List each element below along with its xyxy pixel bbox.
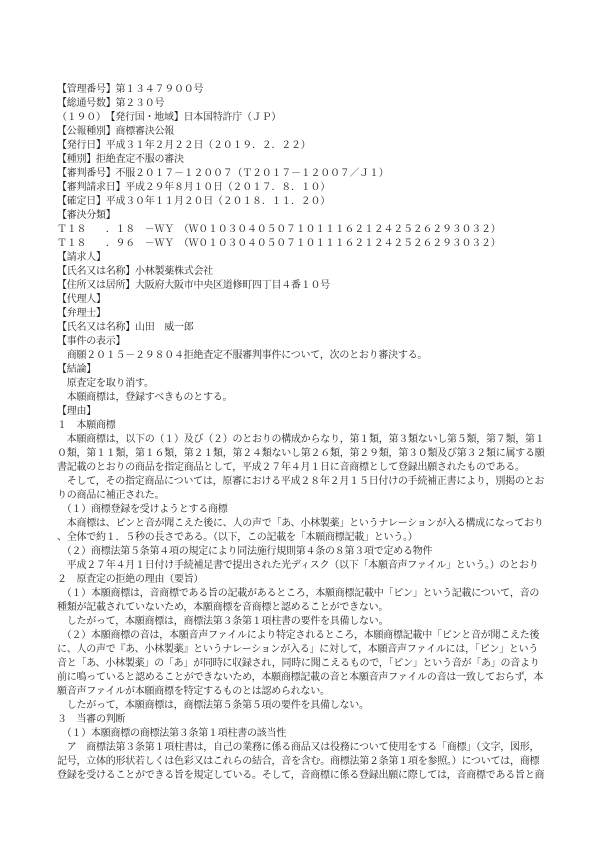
document-line: 種類が記載されていないため，本願商標を音商標と認めることができない。 (57, 601, 547, 615)
document-line: 音と「あ、小林製薬」の「あ」が同時に収録され，同時に聞こえるもので，「ピン」とい… (57, 657, 547, 671)
document-line: 【審決分類】 (57, 209, 547, 223)
document-line: 【管理番号】第１３４７９００号 (57, 83, 547, 97)
document-line: 本商標は、ピンと音が聞こえた後に、人の声で「あ、小林製薬」というナレーションが入… (57, 517, 547, 531)
document-line: 【審判請求日】平成２９年８月１０日（２０１７．８．１０） (57, 181, 547, 195)
document-line: （１）本願商標は，音商標である旨の記載があるところ，本願商標記載中「ピン」という… (57, 587, 547, 601)
document-line: 原査定を取り消す。 (57, 377, 547, 391)
document-line: ２ 原査定の拒絶の理由（要旨） (57, 573, 547, 587)
document-line: 【住所又は居所】大阪府大阪市中央区道修町四丁目４番１０号 (57, 279, 547, 293)
document-line: （２）商標法第５条第４項の規定により同法施行規則第４条の８第３項で定める物件 (57, 545, 547, 559)
document-line: したがって，本願商標は，商標法第５条第５項の要件を具備しない。 (57, 699, 547, 713)
document-line: 【審判番号】不服２０１７－１２００７（Ｔ２０１７－１２００７／Ｊ１） (57, 167, 547, 181)
document-line: 平成２７年４月１日付け手続補足書で提出された光ディスク（以下「本願音声ファイル」… (57, 559, 547, 573)
document-line: （１）本願商標の商標法第３条第１項柱書の該当性 (57, 727, 547, 741)
document-line: 商願２０１５－２９８０４拒絶査定不服審判事件について，次のとおり審決する。 (57, 349, 547, 363)
document-line: 書記載のとおりの商品を指定商品として，平成２７年４月１日に音商標として登録出願さ… (57, 461, 547, 475)
document-line: 記号，立体的形状若しくは色彩又はこれらの結合，音を含む。商標法第２条第１項を参照… (57, 755, 547, 769)
document-line: 【公報種別】商標審決公報 (57, 125, 547, 139)
document-line: 【氏名又は名称】山田 威一郎 (57, 321, 547, 335)
document-line: 【種別】拒絶査定不服の審決 (57, 153, 547, 167)
document-line: したがって，本願商標は，商標法第３条第１項柱書の要件を具備しない。 (57, 615, 547, 629)
document-line: そして，その指定商品については，原審における平成２８年２月１５日付けの手続補正書… (57, 475, 547, 489)
document-body: 【管理番号】第１３４７９００号【総通号数】第２３０号（１９０） 【発行国・地域】… (57, 83, 547, 783)
document-line: 【理由】 (57, 405, 547, 419)
document-line: 【結論】 (57, 363, 547, 377)
document-line: 【総通号数】第２３０号 (57, 97, 547, 111)
document-line: 【弁理士】 (57, 307, 547, 321)
document-line: 前に鳴っていると認めることができないため，本願商標記載の音と本願音声ファイルの音… (57, 671, 547, 685)
gazette-page: 【管理番号】第１３４７９００号【総通号数】第２３０号（１９０） 【発行国・地域】… (0, 0, 600, 849)
document-line: Ｔ１８ ．１８ －ＷＹ （Ｗ０１０３０４０５０７１０１１１６２１２４２５２６２９… (57, 223, 547, 237)
document-line: 願音声ファイルが本願商標を特定するものとは認められない。 (57, 685, 547, 699)
document-line: 【氏名又は名称】小林製薬株式会社 (57, 265, 547, 279)
document-line: りの商品に補正された。 (57, 489, 547, 503)
document-line: 登録を受けることができる旨を規定している。そして，音商標に係る登録出願に際しては… (57, 769, 547, 783)
document-line: 本願商標は，登録すべきものとする。 (57, 391, 547, 405)
document-line: 【請求人】 (57, 251, 547, 265)
document-line: １ 本願商標 (57, 419, 547, 433)
document-line: 【発行日】平成３１年２月２２日（２０１９．２．２２） (57, 139, 547, 153)
document-line: ３ 当審の判断 (57, 713, 547, 727)
document-line: 【代理人】 (57, 293, 547, 307)
document-line: Ｔ１８ ．９６ －ＷＹ （Ｗ０１０３０４０５０７１０１１１６２１２４２５２６２９… (57, 237, 547, 251)
document-line: 本願商標は，以下の（１）及び（２）のとおりの構成からなり，第１類，第３類ないし第… (57, 433, 547, 447)
document-line: に、人の声で『あ、小林製薬』というナレーションが入る」に対して，本願音声ファイル… (57, 643, 547, 657)
document-line: 【事件の表示】 (57, 335, 547, 349)
document-line: （１）商標登録を受けようとする商標 (57, 503, 547, 517)
document-line: （１９０） 【発行国・地域】日本国特許庁（ＪＰ） (57, 111, 547, 125)
document-line: ０類，第１１類，第１６類，第２１類，第２４類ないし第２６類，第２９類，第３０類及… (57, 447, 547, 461)
document-line: （２）本願商標の音は，本願音声ファイルにより特定されるところ，本願商標記載中「ピ… (57, 629, 547, 643)
document-line: 、全体で約１．５秒の長さである。（以下，この記載を「本願商標記載」という。） (57, 531, 547, 545)
document-line: 【確定日】平成３０年１１月２０日（２０１８．１１．２０） (57, 195, 547, 209)
document-line: ア 商標法第３条第１項柱書は，自己の業務に係る商品又は役務について使用をする「商… (57, 741, 547, 755)
